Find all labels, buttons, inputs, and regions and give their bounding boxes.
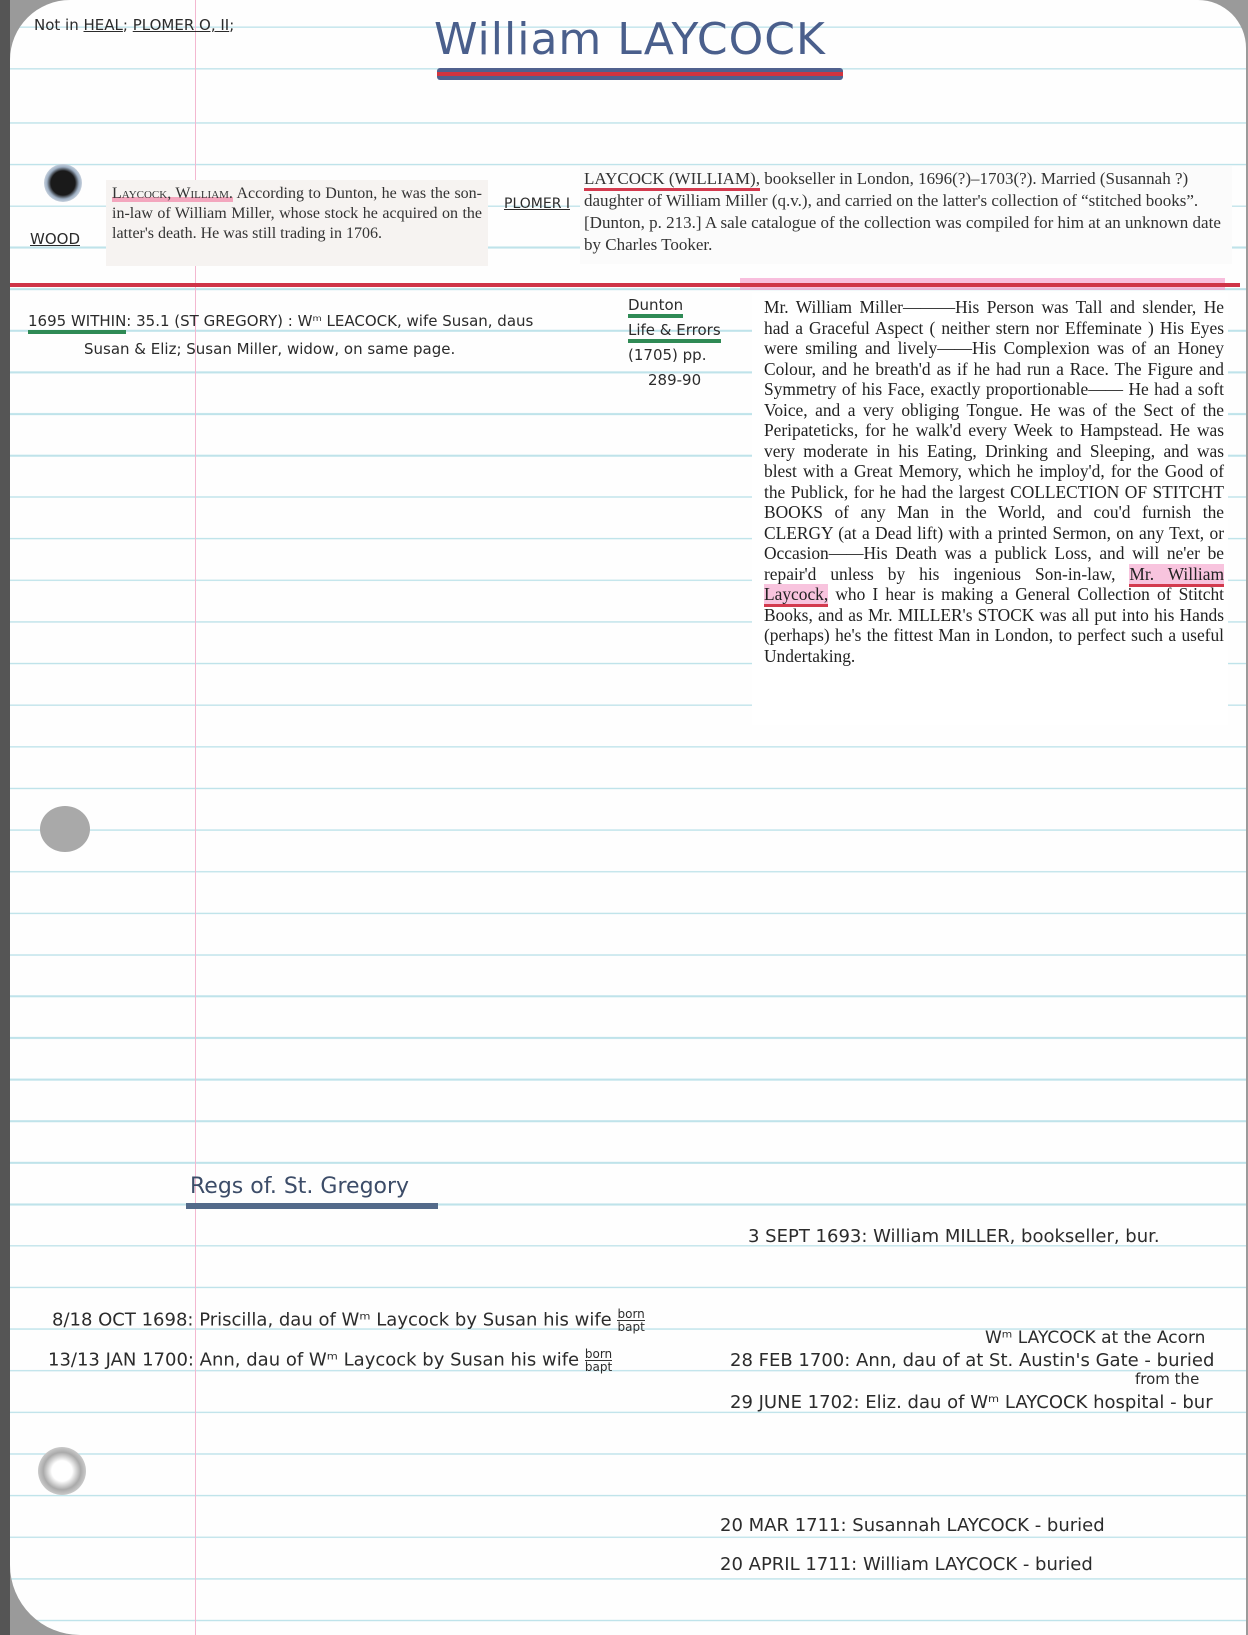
census-ref: 1695 WITHIN [28,312,126,334]
scanner-edge [0,0,10,1635]
registers-heading: Regs of. St. Gregory [190,1174,409,1199]
not-in-note: Not in HEAL; PLOMER O, II; [34,16,234,34]
dunton-work: Life & Errors [628,321,721,343]
entry-insertion: from the [1135,1370,1199,1388]
register-entry: 20 MAR 1711: Susannah LAYCOCK - buried [720,1515,1105,1536]
census-text-1: : 35.1 (ST GREGORY) : Wᵐ LEACOCK, wife S… [126,312,533,330]
dunton-pages: 289-90 [628,368,748,393]
entry-insertion: Wᵐ LAYCOCK at the Acorn [985,1328,1205,1348]
ref-plomer: PLOMER O, II [133,16,229,34]
entry-text: 8/18 OCT 1698: Priscilla, dau of Wᵐ Layc… [52,1310,612,1331]
note-suffix: ; [229,16,234,34]
dunton-author: Dunton [628,296,683,318]
note-prefix: Not in [34,16,79,34]
page-title: William LAYCOCK [434,14,826,65]
census-line-1: 1695 WITHIN: 35.1 (ST GREGORY) : Wᵐ LEAC… [28,312,533,330]
plomer-label: PLOMER I [504,196,570,212]
register-entry: 28 FEB 1700: Ann, dau of at St. Austin's… [730,1350,1214,1371]
title-underline [437,68,843,80]
entry-text: 13/13 JAN 1700: Ann, dau of Wᵐ Laycock b… [48,1350,579,1371]
register-entry: 13/13 JAN 1700: Ann, dau of Wᵐ Laycock b… [48,1348,612,1373]
register-entry: 20 APRIL 1711: William LAYCOCK - buried [720,1554,1093,1575]
register-entry: 8/18 OCT 1698: Priscilla, dau of Wᵐ Layc… [52,1308,645,1333]
census-line-2: Susan & Eliz; Susan Miller, widow, on sa… [84,340,455,358]
wood-label: WOOD [30,230,80,248]
dunton-reference: Dunton Life & Errors (1705) pp. 289-90 [628,293,748,393]
dunton-excerpt: Mr. William Miller———His Person was Tall… [752,293,1228,725]
excerpt-text-after: who I hear is making a General Collectio… [764,584,1224,666]
register-entry: 29 JUNE 1702: Eliz. dau of Wᵐ LAYCOCK ho… [730,1392,1213,1413]
plomer-heading: LAYCOCK (WILLIAM), [584,169,760,191]
binder-hole-top [44,164,82,202]
plomer-clipping: LAYCOCK (WILLIAM), bookseller in London,… [580,166,1232,264]
note-sep: ; [123,16,128,34]
binder-hole-bottom [38,1447,86,1495]
registers-heading-underline [186,1203,438,1209]
ref-heal: HEAL [84,16,123,34]
section-divider [10,283,1240,287]
excerpt-text-before: Mr. William Miller———His Person was Tall… [764,297,1224,584]
born-bapt-note: bornbapt [617,1308,644,1333]
wood-heading: Laycock, William. [112,185,233,202]
binder-hole-middle [40,806,90,852]
wood-clipping: Laycock, William. According to Dunton, h… [106,180,488,266]
born-bapt-note: bornbapt [585,1348,612,1373]
dunton-year: (1705) pp. [628,343,748,368]
register-entry: 3 SEPT 1693: William MILLER, bookseller,… [748,1226,1160,1247]
